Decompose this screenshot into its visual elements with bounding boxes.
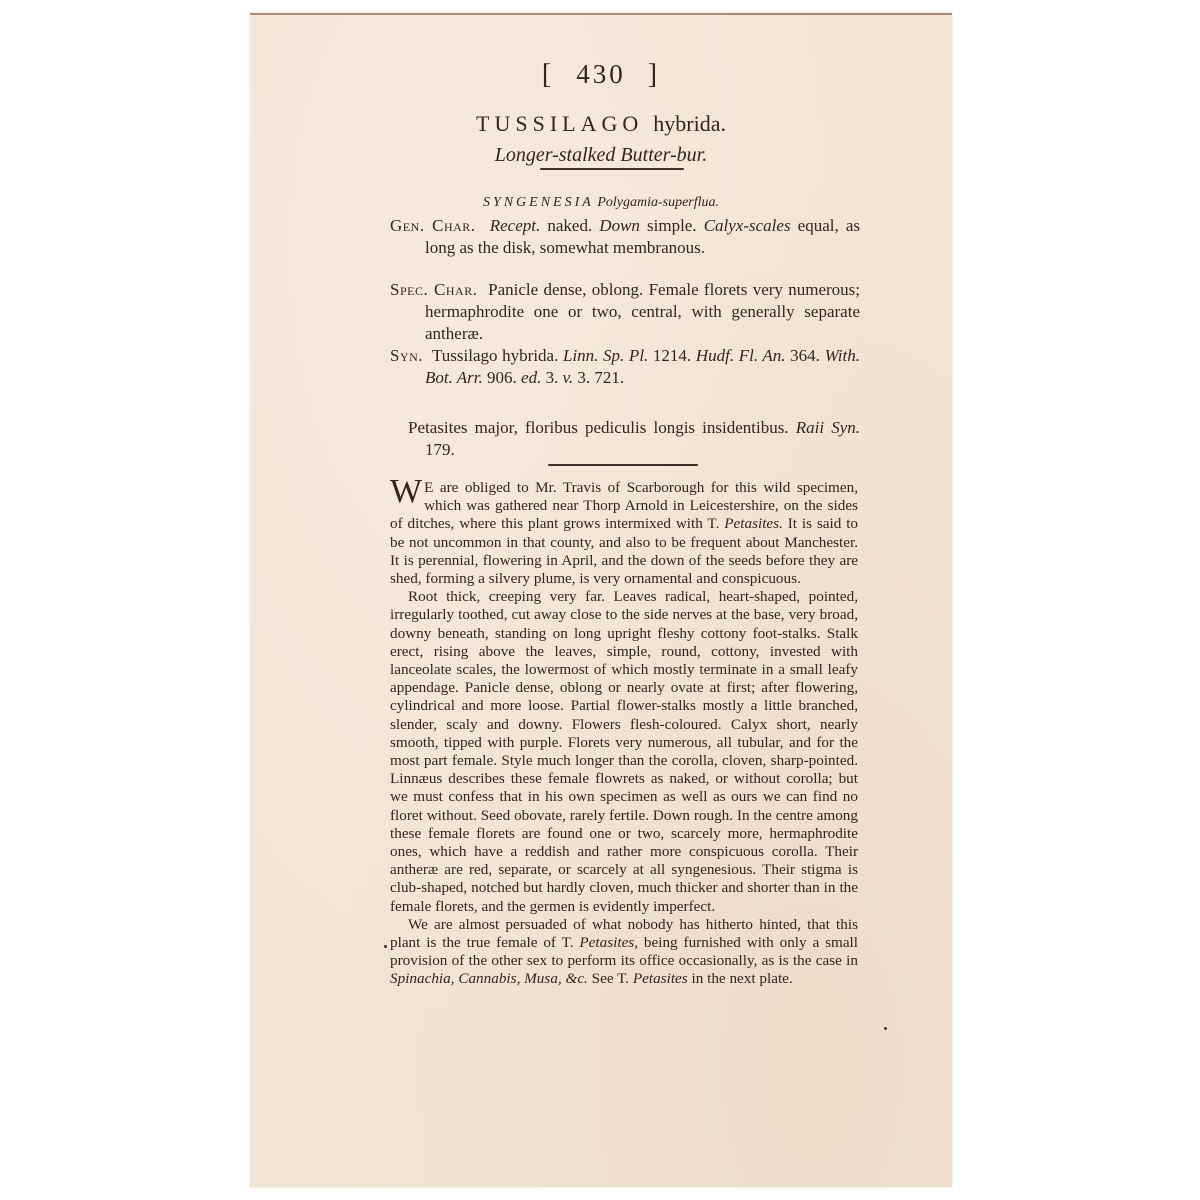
char-segment: 179. xyxy=(425,440,455,459)
char-segment: Tussilago hybrida. xyxy=(432,346,563,365)
char-segment: Petasites major, floribus pediculis long… xyxy=(408,418,796,437)
paragraph-3: We are almost persuaded of what nobody h… xyxy=(390,916,858,989)
classification-line: SYNGENESIA Polygamia-superflua. xyxy=(250,195,952,211)
description-body: WE are obliged to Mr. Travis of Scarboro… xyxy=(390,479,858,989)
common-name: Longer-stalked Butter-bur. xyxy=(250,144,952,167)
char-segment: Recept. xyxy=(490,216,541,235)
para-segment: Spinachia, Cannabis, Musa, &c. xyxy=(390,970,588,987)
char-entry-text: Syn. Tussilago hybrida. Linn. Sp. Pl. 12… xyxy=(390,345,860,389)
char-segment: 364. xyxy=(786,346,825,365)
char-entry-text: Petasites major, floribus pediculis long… xyxy=(408,417,860,461)
plant-title: TUSSILAGOhybrida. xyxy=(250,111,952,137)
paragraph-2: Root thick, creeping very far. Leaves ra… xyxy=(390,588,858,916)
para-segment: Root thick, creeping very far. Leaves ra… xyxy=(390,588,858,914)
divider-rule-bottom xyxy=(548,464,698,466)
order-name: Polygamia-superflua. xyxy=(597,195,719,210)
bracket-open: [ xyxy=(542,59,554,90)
char-entry-generic: Gen. Char. Recept. naked. Down simple. C… xyxy=(390,215,860,259)
char-segment: Hudf. Fl. An. xyxy=(696,346,786,365)
para-segment: Petasites, xyxy=(579,934,638,951)
char-segment: 3. 721. xyxy=(573,368,624,387)
genus-name: TUSSILAGO xyxy=(476,111,643,136)
char-segment: 1214. xyxy=(648,346,696,365)
ink-speck xyxy=(884,1027,887,1030)
char-segment: 3. xyxy=(541,368,562,387)
char-segment: Down xyxy=(599,216,640,235)
para-segment: Petasites xyxy=(633,970,688,987)
char-label: Gen. Char. xyxy=(390,216,476,235)
para-segment: See T. xyxy=(588,970,633,987)
bracket-close: ] xyxy=(648,59,660,90)
page-number: 430 xyxy=(576,59,626,89)
page-number-header: [430] xyxy=(250,59,952,91)
char-entry-text: Spec. Char. Panicle dense, oblong. Femal… xyxy=(390,279,860,345)
char-label: Spec. Char. xyxy=(390,280,477,299)
char-segment: Raii Syn. xyxy=(796,418,860,437)
species-name: hybrida. xyxy=(653,111,726,136)
para-segment: Petasites. xyxy=(724,515,783,532)
char-segment: 906. xyxy=(483,368,521,387)
char-segment: naked. xyxy=(540,216,599,235)
char-entry-specific: Spec. Char. Panicle dense, oblong. Femal… xyxy=(390,279,860,345)
char-label: Syn. xyxy=(390,346,423,365)
para-segment: in the next plate. xyxy=(688,970,793,987)
class-name: SYNGENESIA xyxy=(483,195,594,210)
char-entry-ray-synonym: Petasites major, floribus pediculis long… xyxy=(390,417,860,461)
ink-speck xyxy=(384,945,387,948)
char-entry-text: Gen. Char. Recept. naked. Down simple. C… xyxy=(390,215,860,259)
char-segment: Panicle dense, oblong. Female florets ve… xyxy=(425,280,860,343)
char-entry-synonyms: Syn. Tussilago hybrida. Linn. Sp. Pl. 12… xyxy=(390,345,860,389)
divider-rule-top xyxy=(540,168,684,170)
drop-cap: W xyxy=(390,479,422,505)
char-segment: Calyx-scales xyxy=(704,216,791,235)
char-segment: simple. xyxy=(640,216,704,235)
char-segment: Linn. Sp. Pl. xyxy=(563,346,648,365)
paragraph-1: WE are obliged to Mr. Travis of Scarboro… xyxy=(390,479,858,588)
char-segment: ed. xyxy=(521,368,541,387)
char-segment: v. xyxy=(563,368,574,387)
book-page: [430] TUSSILAGOhybrida. Longer-stalked B… xyxy=(250,13,952,1187)
